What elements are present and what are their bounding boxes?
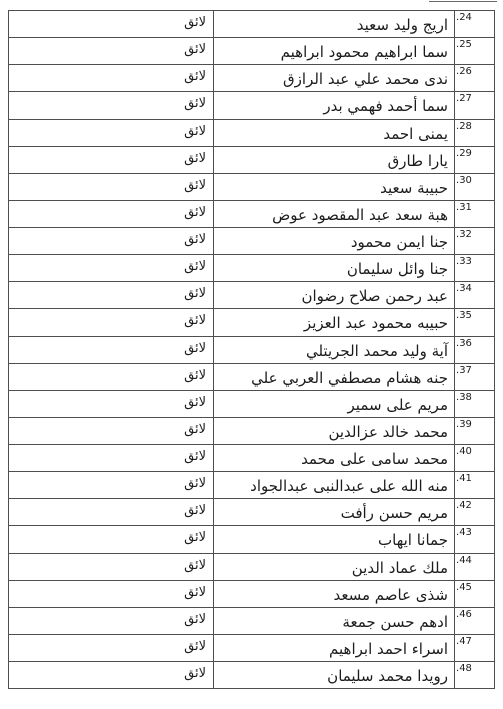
student-name: يارا طارق bbox=[213, 147, 454, 173]
table-row: 24. اريج وليد سعيد لائق bbox=[9, 11, 494, 37]
fitness-status: لائق bbox=[9, 581, 213, 607]
student-name: هبة سعد عبد المقصود عوض bbox=[213, 201, 454, 227]
table-row: 43. جمانا ايهاب لائق bbox=[9, 525, 494, 552]
fitness-status: لائق bbox=[9, 472, 213, 498]
fitness-status: لائق bbox=[9, 282, 213, 308]
fitness-status: لائق bbox=[9, 120, 213, 146]
row-number: 43. bbox=[454, 526, 494, 552]
table-row: 25. سما ابراهيم محمود ابراهيم لائق bbox=[9, 37, 494, 64]
row-number: 41. bbox=[454, 472, 494, 498]
student-name: جمانا ايهاب bbox=[213, 526, 454, 552]
scan-artifact-line bbox=[429, 1, 497, 2]
table-row: 39. محمد خالد عزالدين لائق bbox=[9, 417, 494, 444]
fitness-status: لائق bbox=[9, 554, 213, 580]
fitness-status: لائق bbox=[9, 147, 213, 173]
student-name: آية وليد محمد الجريتلي bbox=[213, 337, 454, 363]
table-row: 42. مريم حسن رأفت لائق bbox=[9, 498, 494, 525]
fitness-status: لائق bbox=[9, 337, 213, 363]
row-number: 45. bbox=[454, 581, 494, 607]
student-name: حبيبه محمود عبد العزيز bbox=[213, 309, 454, 335]
student-name: جنا وائل سليمان bbox=[213, 255, 454, 281]
row-number: 44. bbox=[454, 554, 494, 580]
row-number: 28. bbox=[454, 120, 494, 146]
student-name: سما ابراهيم محمود ابراهيم bbox=[213, 38, 454, 64]
fitness-status: لائق bbox=[9, 174, 213, 200]
row-number: 33. bbox=[454, 255, 494, 281]
row-number: 40. bbox=[454, 445, 494, 471]
fitness-status: لائق bbox=[9, 201, 213, 227]
row-number: 38. bbox=[454, 391, 494, 417]
student-name: محمد سامى على محمد bbox=[213, 445, 454, 471]
table-row: 34. عبد رحمن صلاح رضوان لائق bbox=[9, 281, 494, 308]
student-name: مريم حسن رأفت bbox=[213, 499, 454, 525]
table-row: 30. حبيبة سعيد لائق bbox=[9, 173, 494, 200]
fitness-status: لائق bbox=[9, 635, 213, 661]
table-row: 45. شذى عاصم مسعد لائق bbox=[9, 580, 494, 607]
document-page: 24. اريج وليد سعيد لائق 25. سما ابراهيم … bbox=[0, 0, 503, 709]
student-name: محمد خالد عزالدين bbox=[213, 418, 454, 444]
student-name: ندى محمد علي عبد الرازق bbox=[213, 65, 454, 91]
fitness-status: لائق bbox=[9, 11, 213, 37]
row-number: 31. bbox=[454, 201, 494, 227]
row-number: 32. bbox=[454, 228, 494, 254]
fitness-status: لائق bbox=[9, 526, 213, 552]
fitness-status: لائق bbox=[9, 608, 213, 634]
student-name: اريج وليد سعيد bbox=[213, 11, 454, 37]
fitness-status: لائق bbox=[9, 255, 213, 281]
table-row: 27. سما أحمد فهمي بدر لائق bbox=[9, 91, 494, 118]
row-number: 37. bbox=[454, 364, 494, 390]
student-name: ادهم حسن جمعة bbox=[213, 608, 454, 634]
fitness-status: لائق bbox=[9, 309, 213, 335]
row-number: 27. bbox=[454, 92, 494, 118]
table-row: 46. ادهم حسن جمعة لائق bbox=[9, 607, 494, 634]
student-name: رويدا محمد سليمان bbox=[213, 662, 454, 688]
fitness-roster-table: 24. اريج وليد سعيد لائق 25. سما ابراهيم … bbox=[8, 10, 495, 689]
student-name: منه الله على عبدالنبى عبدالجواد bbox=[213, 472, 454, 498]
fitness-status: لائق bbox=[9, 662, 213, 688]
fitness-status: لائق bbox=[9, 499, 213, 525]
table-row: 32. جنا ايمن محمود لائق bbox=[9, 227, 494, 254]
student-name: ملك عماد الدين bbox=[213, 554, 454, 580]
table-row: 33. جنا وائل سليمان لائق bbox=[9, 254, 494, 281]
row-number: 30. bbox=[454, 174, 494, 200]
fitness-status: لائق bbox=[9, 418, 213, 444]
row-number: 26. bbox=[454, 65, 494, 91]
student-name: حبيبة سعيد bbox=[213, 174, 454, 200]
student-name: جنه هشام مصطفي العربي علي bbox=[213, 364, 454, 390]
table-row: 29. يارا طارق لائق bbox=[9, 146, 494, 173]
fitness-status: لائق bbox=[9, 228, 213, 254]
table-row: 44. ملك عماد الدين لائق bbox=[9, 553, 494, 580]
student-name: اسراء احمد ابراهيم bbox=[213, 635, 454, 661]
fitness-status: لائق bbox=[9, 38, 213, 64]
fitness-status: لائق bbox=[9, 391, 213, 417]
table-row: 48. رويدا محمد سليمان لائق bbox=[9, 661, 494, 688]
table-row: 31. هبة سعد عبد المقصود عوض لائق bbox=[9, 200, 494, 227]
row-number: 48. bbox=[454, 662, 494, 688]
student-name: يمنى احمد bbox=[213, 120, 454, 146]
row-number: 34. bbox=[454, 282, 494, 308]
row-number: 36. bbox=[454, 337, 494, 363]
table-row: 26. ندى محمد علي عبد الرازق لائق bbox=[9, 64, 494, 91]
table-row: 36. آية وليد محمد الجريتلي لائق bbox=[9, 336, 494, 363]
student-name: شذى عاصم مسعد bbox=[213, 581, 454, 607]
table-row: 28. يمنى احمد لائق bbox=[9, 119, 494, 146]
fitness-status: لائق bbox=[9, 364, 213, 390]
row-number: 25. bbox=[454, 38, 494, 64]
student-name: عبد رحمن صلاح رضوان bbox=[213, 282, 454, 308]
table-row: 40. محمد سامى على محمد لائق bbox=[9, 444, 494, 471]
row-number: 46. bbox=[454, 608, 494, 634]
row-number: 39. bbox=[454, 418, 494, 444]
table-row: 47. اسراء احمد ابراهيم لائق bbox=[9, 634, 494, 661]
student-name: سما أحمد فهمي بدر bbox=[213, 92, 454, 118]
row-number: 42. bbox=[454, 499, 494, 525]
student-name: جنا ايمن محمود bbox=[213, 228, 454, 254]
table-row: 35. حبيبه محمود عبد العزيز لائق bbox=[9, 308, 494, 335]
student-name: مريم على سمير bbox=[213, 391, 454, 417]
table-row: 37. جنه هشام مصطفي العربي علي لائق bbox=[9, 363, 494, 390]
fitness-status: لائق bbox=[9, 65, 213, 91]
row-number: 35. bbox=[454, 309, 494, 335]
table-row: 41. منه الله على عبدالنبى عبدالجواد لائق bbox=[9, 471, 494, 498]
fitness-status: لائق bbox=[9, 92, 213, 118]
table-row: 38. مريم على سمير لائق bbox=[9, 390, 494, 417]
row-number: 47. bbox=[454, 635, 494, 661]
fitness-status: لائق bbox=[9, 445, 213, 471]
row-number: 29. bbox=[454, 147, 494, 173]
row-number: 24. bbox=[454, 11, 494, 37]
